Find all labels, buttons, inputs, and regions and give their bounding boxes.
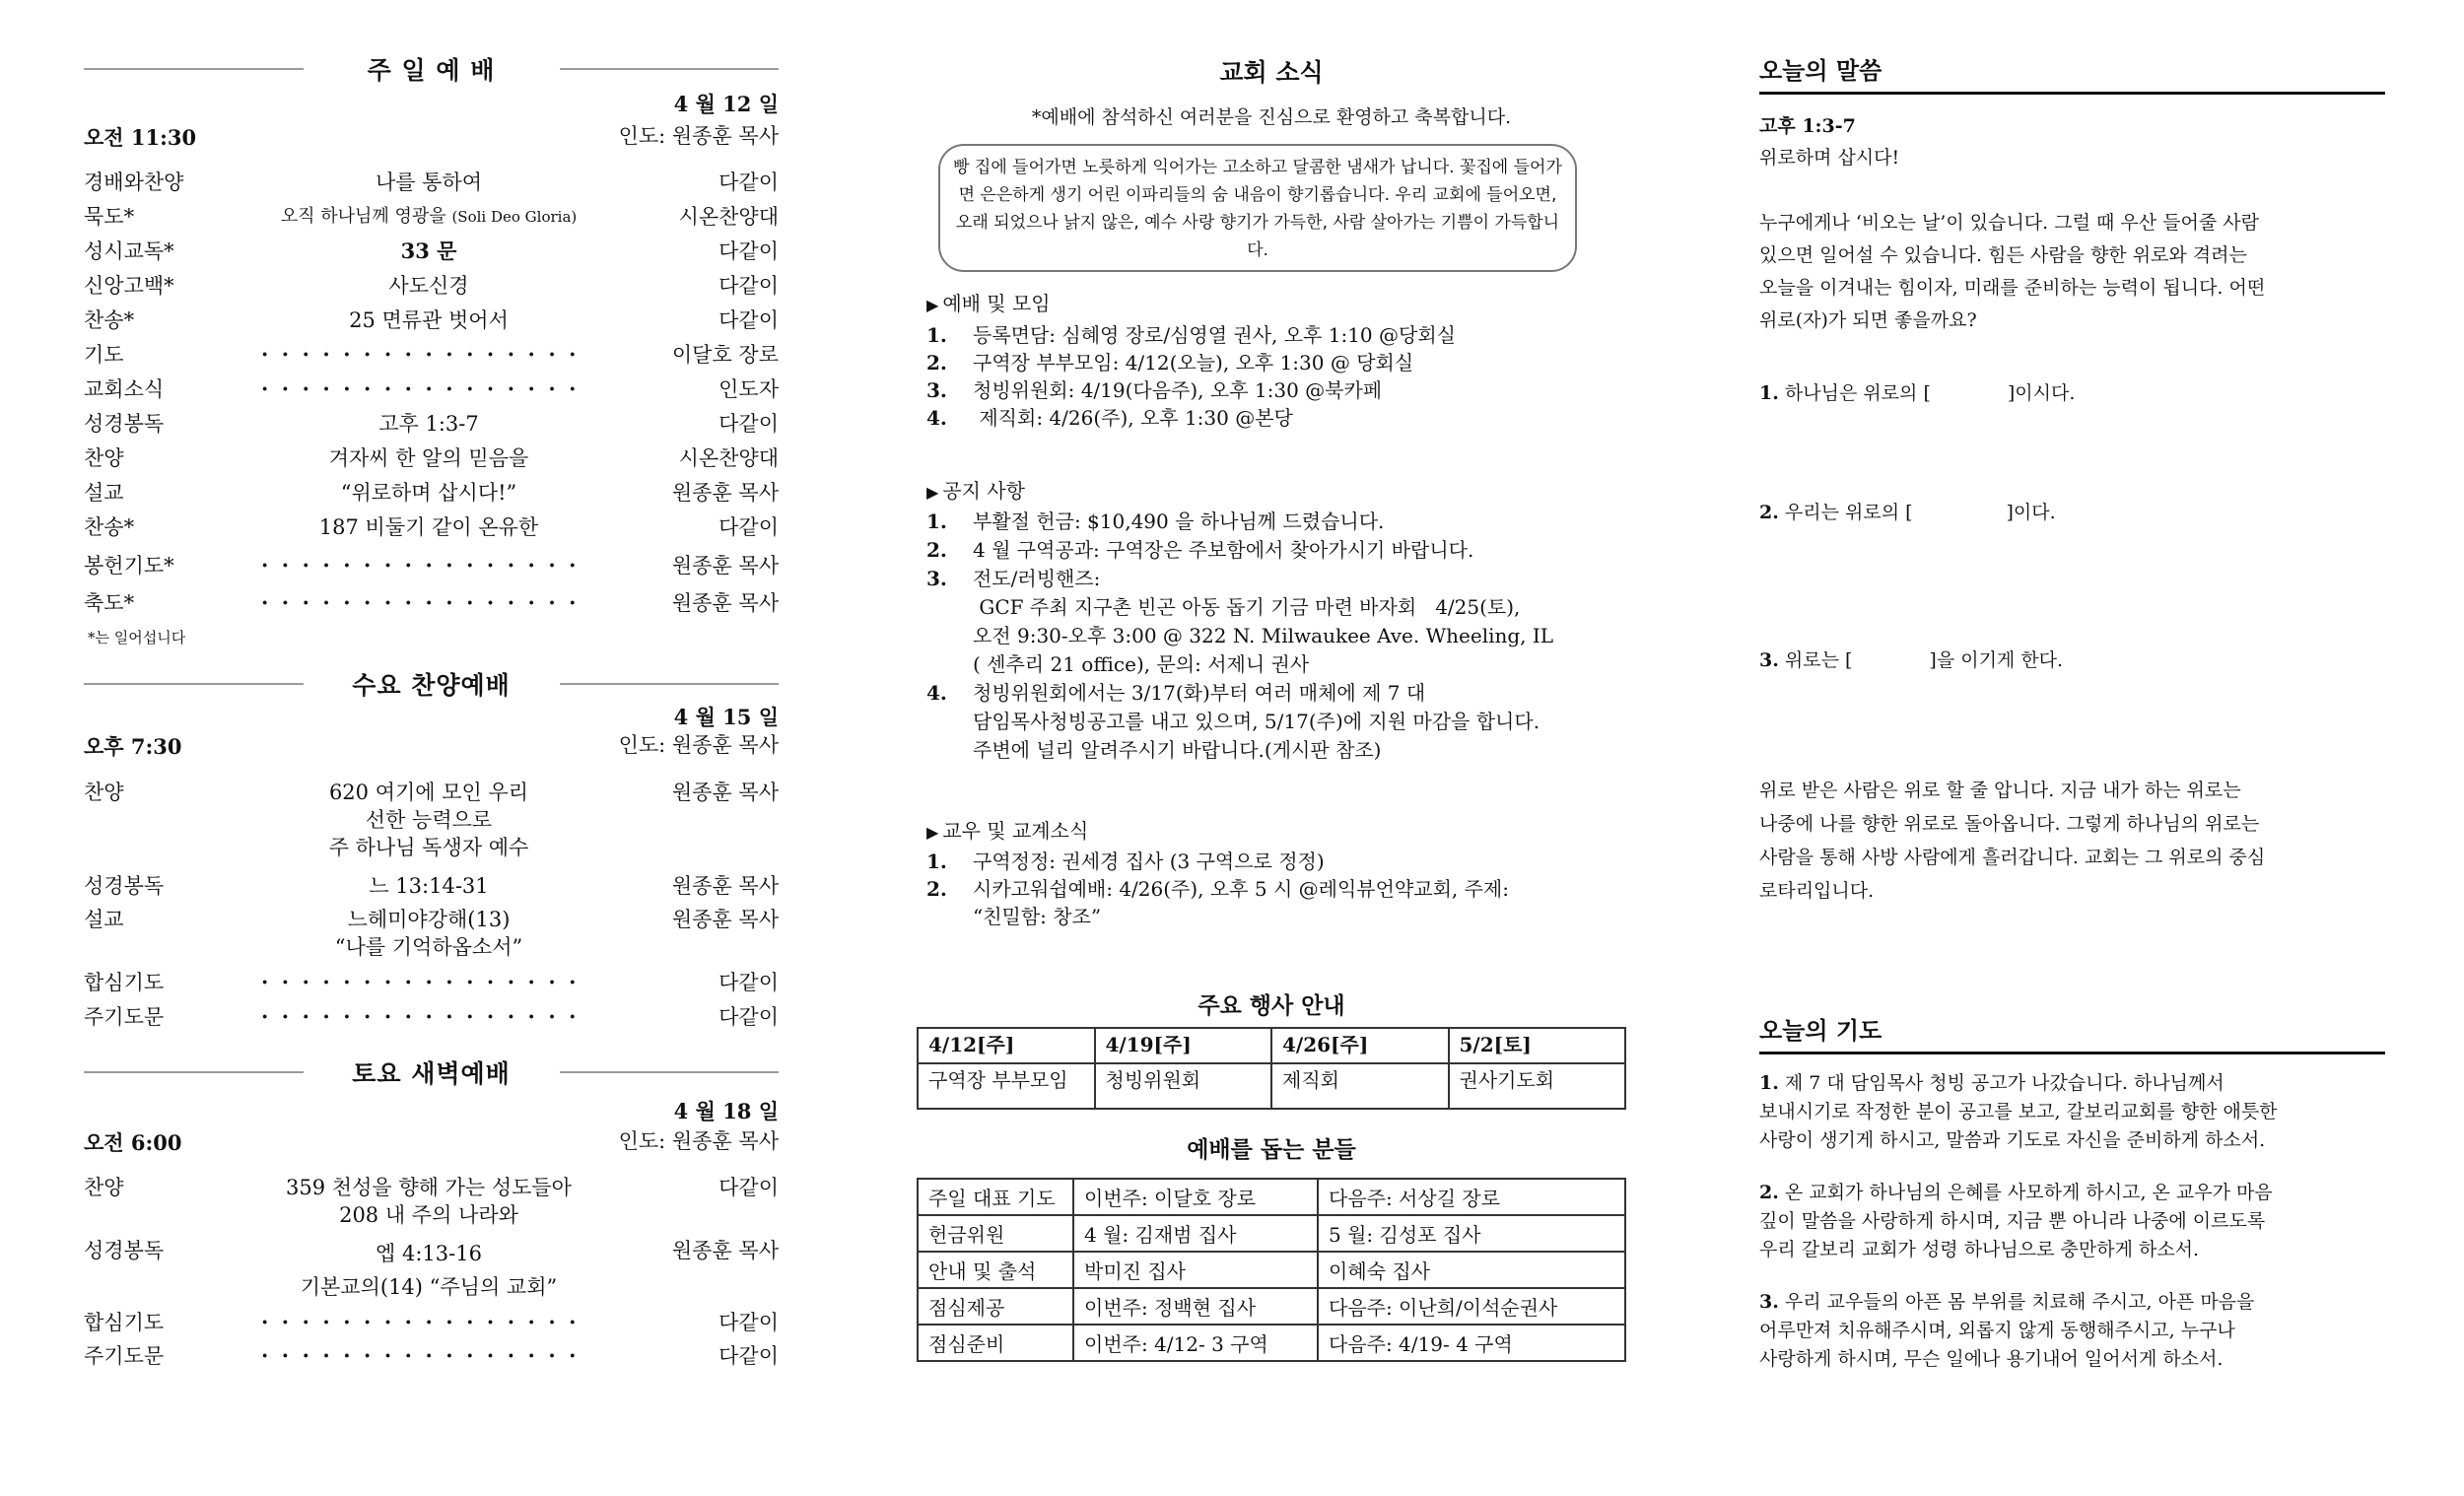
event-date: 5/2[토]: [1449, 1028, 1626, 1063]
order-content: 엡 4:13-16 기본교의(14) “주님의 교회”: [232, 1237, 626, 1304]
order-content: 187 비둘기 같이 온유한: [232, 513, 626, 541]
event-name: 구역장 부부모임: [918, 1063, 1095, 1109]
prayer-line: 2. 온 교회가 하나님의 은혜를 사모하게 하시고, 온 교우가 마음: [1759, 1179, 2385, 1207]
section-heading-label: 공지 사항: [942, 479, 1025, 503]
service-leader: 인도: 원종훈 목사: [619, 1125, 779, 1155]
prayer-text: 제 7 대 담임목사 청빙 공고가 나갔습니다. 하나님께서: [1779, 1072, 2224, 1094]
item-number: 3.: [926, 565, 973, 679]
word-title: 오늘의 말씀: [1759, 51, 2385, 95]
dot-leader: ················: [261, 589, 616, 617]
item-line: 담임목사청빙공고를 내고 있으며, 5/17(주)에 지원 마감을 합니다.: [973, 708, 1540, 736]
point-number: 2.: [1759, 502, 1779, 523]
text-line: 위로 받은 사람은 위로 할 줄 압니다. 지금 내가 하는 위로는: [1759, 774, 2385, 807]
order-person: 다같이: [719, 1309, 779, 1336]
divider: [560, 1071, 780, 1073]
events-name-row: 구역장 부부모임 청빙위원회 제직회 권사기도회: [918, 1063, 1625, 1109]
point-number: 1.: [1759, 382, 1779, 404]
section-title: 주 일 예 배: [304, 51, 560, 87]
helper-role: 주일 대표 기도: [918, 1179, 1073, 1215]
text-line: 나중에 나를 향한 위로로 돌아옵니다. 그렇게 하나님의 위로는: [1759, 807, 2385, 841]
item-text: 제직회: 4/26(주), 오후 1:30 @본당: [973, 404, 1293, 432]
prayer-number: 2.: [1759, 1182, 1779, 1203]
content-line: 620 여기에 모인 우리: [232, 779, 626, 806]
order-content: 359 천성을 향해 가는 성도들아 208 내 주의 나라와: [232, 1174, 626, 1229]
item-number: 2.: [926, 875, 973, 930]
prayer-text: 우리 교우들의 아픈 몸 부위를 치료해 주시고, 아픈 마음을: [1779, 1291, 2255, 1313]
section-heading: ▶교우 및 교계소식: [926, 815, 1088, 844]
order-person: 다같이: [719, 1174, 779, 1201]
content-line: 359 천성을 향해 가는 성도들아: [232, 1174, 626, 1201]
event-date: 4/26[주]: [1271, 1028, 1449, 1063]
news-item: 3. 전도/러빙핸즈: GCF 주최 지구촌 빈곤 아동 돕기 기금 마련 바자…: [926, 565, 1616, 679]
item-number: 1.: [926, 321, 973, 349]
order-content: 25 면류관 벗어서: [232, 306, 626, 334]
item-line: GCF 주최 지구촌 빈곤 아동 돕기 기금 마련 바자회 4/25(토),: [973, 593, 1553, 622]
text-line: 사람을 통해 사방 사람에게 흘러갑니다. 교회는 그 위로의 중심: [1759, 841, 2385, 874]
order-person: 원종훈 목사: [672, 906, 779, 933]
prayer-line: 깊이 말씀을 사랑하게 하시며, 지금 뿐 아니라 나중에 이르도록: [1759, 1207, 2385, 1236]
order-content: 오직 하나님께 영광을 (Soli Deo Gloria): [232, 203, 626, 231]
triangle-bullet-icon: ▶: [926, 823, 938, 842]
event-name: 권사기도회: [1449, 1063, 1626, 1109]
helpers-row: 점심제공 이번주: 정백현 집사 다음주: 이난희/이석순권사: [918, 1288, 1625, 1325]
helpers-title: 예배를 돕는 분들: [917, 1131, 1626, 1164]
order-label: 찬송*: [84, 513, 134, 541]
order-person: 다같이: [719, 1003, 779, 1031]
prayer-number: 3.: [1759, 1291, 1779, 1313]
point-text-before: 우리는 위로의 [: [1779, 502, 1913, 523]
content-line: 208 내 주의 나라와: [232, 1201, 626, 1229]
news-item: 4. 청빙위원회에서는 3/17(화)부터 여러 매체에 제 7 대 담임목사청…: [926, 679, 1616, 765]
text-line: 누구에게나 ‘비오는 날’이 있습니다. 그럴 때 우산 들어줄 사람: [1759, 207, 2385, 239]
order-label: 봉헌기도*: [84, 552, 174, 579]
dot-leader: ················: [261, 1309, 616, 1336]
order-person: 다같이: [719, 169, 779, 196]
order-person: 원종훈 목사: [672, 779, 779, 806]
helper-role: 안내 및 출석: [918, 1252, 1073, 1288]
fill-in-blank-3: 3. 위로는 []을 이기게 한다.: [1759, 646, 2063, 672]
helper-this: 이번주: 정백현 집사: [1073, 1288, 1318, 1325]
standing-note: *는 일어섭니다: [88, 627, 185, 647]
order-label: 성시교독*: [84, 238, 174, 265]
order-person: 다같이: [719, 1342, 779, 1370]
item-text: 등록면담: 심혜영 장로/심영열 권사, 오후 1:10 @당회실: [973, 321, 1456, 349]
order-content-en: (Soli Deo Gloria): [451, 208, 577, 226]
service-time: 오후 7:30: [84, 731, 181, 761]
order-person: 다같이: [719, 513, 779, 541]
prayer-item: 2. 온 교회가 하나님의 은혜를 사모하게 하시고, 온 교우가 마음 깊이 …: [1759, 1179, 2385, 1264]
prayer-item: 1. 제 7 대 담임목사 청빙 공고가 나갔습니다. 하나님께서 보내시기로 …: [1759, 1069, 2385, 1155]
news-item: 1.부활절 헌금: $10,490 을 하나님께 드렸습니다.: [926, 508, 1616, 536]
prayer-line: 사랑하게 하시며, 무슨 일에나 용기내어 일어서게 하소서.: [1759, 1345, 2385, 1374]
order-label: 찬양: [84, 779, 124, 806]
prayer-line: 사랑이 생기게 하시고, 말씀과 기도로 자신을 준비하게 하소서.: [1759, 1126, 2385, 1155]
order-content: 사도신경: [232, 272, 626, 300]
word-closing: 위로 받은 사람은 위로 할 줄 압니다. 지금 내가 하는 위로는 나중에 나…: [1759, 774, 2385, 908]
events-table: 4/12[주] 4/19[주] 4/26[주] 5/2[토] 구역장 부부모임 …: [917, 1027, 1626, 1110]
section-title: 수요 찬양예배: [304, 666, 560, 702]
prayer-item: 3. 우리 교우들의 아픈 몸 부위를 치료해 주시고, 아픈 마음을 어루만져…: [1759, 1288, 2385, 1374]
order-person: 다같이: [719, 969, 779, 996]
news-list: 1.구역정정: 권세경 집사 (3 구역으로 정정) 2. 시카고워쉽예배: 4…: [926, 848, 1616, 930]
dot-leader: ················: [261, 552, 616, 579]
order-content: 고후 1:3-7: [232, 410, 626, 438]
word-intro: 누구에게나 ‘비오는 날’이 있습니다. 그럴 때 우산 들어줄 사람 있으면 …: [1759, 207, 2385, 337]
content-line: “나를 기억하옵소서”: [232, 933, 626, 961]
service-time: 오전 6:00: [84, 1127, 181, 1157]
section-heading-label: 예배 및 모임: [942, 292, 1050, 315]
order-label: 설교: [84, 906, 124, 933]
order-person: 원종훈 목사: [672, 1237, 779, 1264]
order-person: 시온찬양대: [679, 203, 779, 231]
dot-leader: ················: [261, 1003, 616, 1031]
order-content: 나를 통하여: [232, 169, 626, 196]
point-number: 3.: [1759, 649, 1779, 671]
event-date: 4/19[주]: [1095, 1028, 1272, 1063]
item-line: “친밀함: 창조”: [973, 903, 1509, 930]
divider: [560, 68, 780, 70]
divider: [84, 1071, 304, 1073]
order-person: 원종훈 목사: [672, 552, 779, 579]
item-number: 1.: [926, 848, 973, 875]
order-content-ko: 오직 하나님께 영광을: [281, 206, 446, 227]
content-line: 주 하나님 독생자 예수: [232, 834, 626, 861]
helpers-row: 점심준비 이번주: 4/12- 3 구역 다음주: 4/19- 4 구역: [918, 1325, 1625, 1361]
news-item: 3.청빙위원회: 4/19(다음주), 오후 1:30 @북카페: [926, 376, 1616, 404]
helpers-table: 주일 대표 기도 이번주: 이달호 장로 다음주: 서상길 장로 헌금위원 4 …: [917, 1178, 1626, 1362]
helper-next: 5 월: 김성포 집사: [1318, 1215, 1625, 1252]
order-label: 성경봉독: [84, 872, 164, 900]
point-text-after: ]이시다.: [2008, 382, 2076, 404]
item-line: 시카고워쉽예배: 4/26(주), 오후 5 시 @레익뷰언약교회, 주제:: [973, 875, 1509, 903]
section-title: 토요 새벽예배: [304, 1054, 560, 1090]
order-content: 겨자씨 한 알의 믿음을: [232, 444, 626, 472]
order-label: 성경봉독: [84, 1237, 164, 1264]
events-date-row: 4/12[주] 4/19[주] 4/26[주] 5/2[토]: [918, 1028, 1625, 1063]
order-content: 느 13:14-31: [232, 872, 626, 900]
saturday-service-header: 토요 새벽예배: [84, 1051, 779, 1094]
order-label: 축도*: [84, 589, 134, 617]
dot-leader: ················: [261, 969, 616, 996]
text-line: 로타리입니다.: [1759, 874, 2385, 908]
content-line: 선한 능력으로: [232, 806, 626, 834]
item-line: 전도/러빙핸즈:: [973, 565, 1553, 593]
helper-this: 박미진 집사: [1073, 1252, 1318, 1288]
order-person: 다같이: [719, 238, 779, 265]
item-text: 청빙위원회: 4/19(다음주), 오후 1:30 @북카페: [973, 376, 1382, 404]
item-text: 전도/러빙핸즈: GCF 주최 지구촌 빈곤 아동 돕기 기금 마련 바자회 4…: [973, 565, 1553, 679]
item-line: ( 센추리 21 office), 문의: 서제니 권사: [973, 650, 1553, 679]
helper-next: 다음주: 이난희/이석순권사: [1318, 1288, 1625, 1325]
order-person: 원종훈 목사: [672, 872, 779, 900]
helpers-row: 주일 대표 기도 이번주: 이달호 장로 다음주: 서상길 장로: [918, 1179, 1625, 1215]
prayer-line: 어루만져 치유해주시며, 외롭지 않게 동행해주시고, 누구나: [1759, 1317, 2385, 1345]
content-line: 엡 4:13-16: [232, 1237, 626, 1270]
helpers-row: 헌금위원 4 월: 김재범 집사 5 월: 김성포 집사: [918, 1215, 1625, 1252]
content-line: 느헤미야강해(13): [232, 906, 626, 933]
events-title: 주요 행사 안내: [917, 987, 1626, 1020]
divider: [84, 683, 304, 685]
order-person: 다같이: [719, 410, 779, 438]
helper-next: 다음주: 4/19- 4 구역: [1318, 1325, 1625, 1361]
order-person: 인도자: [719, 375, 779, 403]
news-list: 1.부활절 헌금: $10,490 을 하나님께 드렸습니다. 2.4 월 구역…: [926, 508, 1616, 765]
helpers-row: 안내 및 출석 박미진 집사 이혜숙 집사: [918, 1252, 1625, 1288]
dot-leader: ················: [261, 341, 616, 369]
order-label: 설교: [84, 479, 124, 507]
order-label: 교회소식: [84, 375, 164, 403]
point-text-before: 위로는 [: [1779, 649, 1853, 671]
item-line: 오전 9:30-오후 3:00 @ 322 N. Milwaukee Ave. …: [973, 622, 1553, 650]
order-label: 찬양: [84, 1174, 124, 1201]
section-heading: ▶예배 및 모임: [926, 288, 1051, 316]
point-text-after: ]이다.: [2007, 502, 2056, 523]
order-label: 주기도문: [84, 1003, 164, 1031]
prayer-title: 오늘의 기도: [1759, 1011, 2385, 1054]
order-label: 묵도*: [84, 203, 134, 231]
order-person: 시온찬양대: [679, 444, 779, 472]
item-number: 4.: [926, 679, 973, 765]
item-line: 주변에 널리 알려주시기 바랍니다.(게시판 참조): [973, 736, 1540, 765]
section-heading: ▶공지 사항: [926, 475, 1025, 504]
order-label: 찬송*: [84, 306, 134, 334]
content-line: 기본교의(14) “주님의 교회”: [232, 1270, 626, 1304]
item-number: 2.: [926, 536, 973, 565]
fill-in-blank-2: 2. 우리는 위로의 []이다.: [1759, 498, 2056, 524]
event-date: 4/12[주]: [918, 1028, 1095, 1063]
item-text: 부활절 헌금: $10,490 을 하나님께 드렸습니다.: [973, 508, 1384, 536]
item-number: 1.: [926, 508, 973, 536]
scripture-reference: 고후 1:3-7: [1759, 110, 2385, 142]
item-line: 청빙위원회에서는 3/17(화)부터 여러 매체에 제 7 대: [973, 679, 1540, 708]
point-text-before: 하나님은 위로의 [: [1779, 382, 1931, 404]
order-label: 기도: [84, 341, 124, 369]
event-name: 제직회: [1271, 1063, 1449, 1109]
order-content: 느헤미야강해(13) “나를 기억하옵소서”: [232, 906, 626, 961]
divider: [560, 683, 780, 685]
item-text: 구역장 부부모임: 4/12(오늘), 오후 1:30 @ 당회실: [973, 349, 1413, 376]
item-number: 4.: [926, 404, 973, 432]
welcome-message: *예배에 참석하신 여러분을 진심으로 환영하고 축복합니다.: [917, 102, 1626, 129]
prayer-line: 보내시기로 작정한 분이 공고를 보고, 갈보리교회를 향한 애틋한: [1759, 1098, 2385, 1126]
helper-this: 4 월: 김재범 집사: [1073, 1215, 1318, 1252]
text-line: 오늘을 이겨내는 힘이자, 미래를 준비하는 능력이 됩니다. 어떤: [1759, 272, 2385, 305]
service-date: 4 월 15 일: [674, 702, 779, 731]
sermon-subtitle: 위로하며 삽시다!: [1759, 142, 2385, 173]
prayer-number: 1.: [1759, 1072, 1779, 1094]
order-label: 합심기도: [84, 1309, 164, 1336]
news-item: 2. 시카고워쉽예배: 4/26(주), 오후 5 시 @레익뷰언약교회, 주제…: [926, 875, 1616, 930]
service-date: 4 월 18 일: [674, 1096, 779, 1125]
dot-leader: ················: [261, 375, 616, 403]
text-line: 있으면 일어설 수 있습니다. 힘든 사람을 향한 위로와 격려는: [1759, 239, 2385, 272]
news-item: 1.등록면담: 심혜영 장로/심영열 권사, 오후 1:10 @당회실: [926, 321, 1616, 349]
dot-leader: ················: [261, 1342, 616, 1370]
wednesday-service-header: 수요 찬양예배: [84, 662, 779, 706]
order-content: 33 문: [232, 238, 626, 265]
order-person: 원종훈 목사: [672, 589, 779, 617]
section-heading-label: 교우 및 교계소식: [942, 819, 1088, 843]
triangle-bullet-icon: ▶: [926, 483, 938, 502]
item-number: 3.: [926, 376, 973, 404]
helper-role: 점심제공: [918, 1288, 1073, 1325]
helper-this: 이번주: 이달호 장로: [1073, 1179, 1318, 1215]
text-line: 위로(자)가 되면 좋을까요?: [1759, 305, 2385, 337]
service-leader: 인도: 원종훈 목사: [619, 729, 779, 759]
item-text: 시카고워쉽예배: 4/26(주), 오후 5 시 @레익뷰언약교회, 주제: “…: [973, 875, 1509, 930]
service-leader: 인도: 원종훈 목사: [619, 120, 779, 150]
fill-in-blank-1: 1. 하나님은 위로의 []이시다.: [1759, 378, 2075, 405]
order-content: 620 여기에 모인 우리 선한 능력으로 주 하나님 독생자 예수: [232, 779, 626, 861]
order-person: 다같이: [719, 272, 779, 300]
order-label: 성경봉독: [84, 410, 164, 438]
sunday-service-header: 주 일 예 배: [84, 47, 779, 91]
helper-next: 다음주: 서상길 장로: [1318, 1179, 1625, 1215]
order-label: 경배와찬양: [84, 169, 183, 196]
order-label: 주기도문: [84, 1342, 164, 1370]
event-name: 청빙위원회: [1095, 1063, 1272, 1109]
item-text: 구역정정: 권세경 집사 (3 구역으로 정정): [973, 848, 1325, 875]
helper-role: 점심준비: [918, 1325, 1073, 1361]
news-item: 4. 제직회: 4/26(주), 오후 1:30 @본당: [926, 404, 1616, 432]
order-label: 합심기도: [84, 969, 164, 996]
service-date: 4 월 12 일: [674, 89, 779, 118]
prayer-line: 1. 제 7 대 담임목사 청빙 공고가 나갔습니다. 하나님께서: [1759, 1069, 2385, 1098]
news-item: 2.구역장 부부모임: 4/12(오늘), 오후 1:30 @ 당회실: [926, 349, 1616, 376]
news-item: 1.구역정정: 권세경 집사 (3 구역으로 정정): [926, 848, 1616, 875]
prayer-text: 온 교회가 하나님의 은혜를 사모하게 하시고, 온 교우가 마음: [1779, 1182, 2273, 1203]
order-label: 신앙고백*: [84, 272, 174, 300]
item-text: 4 월 구역공과: 구역장은 주보함에서 찾아가시기 바랍니다.: [973, 536, 1473, 565]
helper-role: 헌금위원: [918, 1215, 1073, 1252]
triangle-bullet-icon: ▶: [926, 296, 938, 314]
point-text-after: ]을 이기게 한다.: [1929, 649, 2063, 671]
intro-callout-box: 빵 집에 들어가면 노릇하게 익어가는 고소하고 달콤한 냄새가 납니다. 꽃집…: [938, 144, 1577, 272]
helper-this: 이번주: 4/12- 3 구역: [1073, 1325, 1318, 1361]
prayer-line: 3. 우리 교우들의 아픈 몸 부위를 치료해 주시고, 아픈 마음을: [1759, 1288, 2385, 1317]
news-item: 2.4 월 구역공과: 구역장은 주보함에서 찾아가시기 바랍니다.: [926, 536, 1616, 565]
order-person: 다같이: [719, 306, 779, 334]
news-list: 1.등록면담: 심혜영 장로/심영열 권사, 오후 1:10 @당회실 2.구역…: [926, 321, 1616, 432]
order-person: 이달호 장로: [672, 341, 779, 369]
word-heading: 고후 1:3-7 위로하며 삽시다!: [1759, 110, 2385, 173]
order-label: 찬양: [84, 444, 124, 472]
divider: [84, 68, 304, 70]
service-time: 오전 11:30: [84, 122, 196, 152]
item-number: 2.: [926, 349, 973, 376]
item-text: 청빙위원회에서는 3/17(화)부터 여러 매체에 제 7 대 담임목사청빙공고…: [973, 679, 1540, 765]
order-content: “위로하며 삽시다!”: [232, 479, 626, 507]
news-title: 교회 소식: [917, 53, 1626, 89]
order-person: 원종훈 목사: [672, 479, 779, 507]
prayer-line: 우리 갈보리 교회가 성령 하나님으로 충만하게 하소서.: [1759, 1236, 2385, 1264]
helper-next: 이혜숙 집사: [1318, 1252, 1625, 1288]
